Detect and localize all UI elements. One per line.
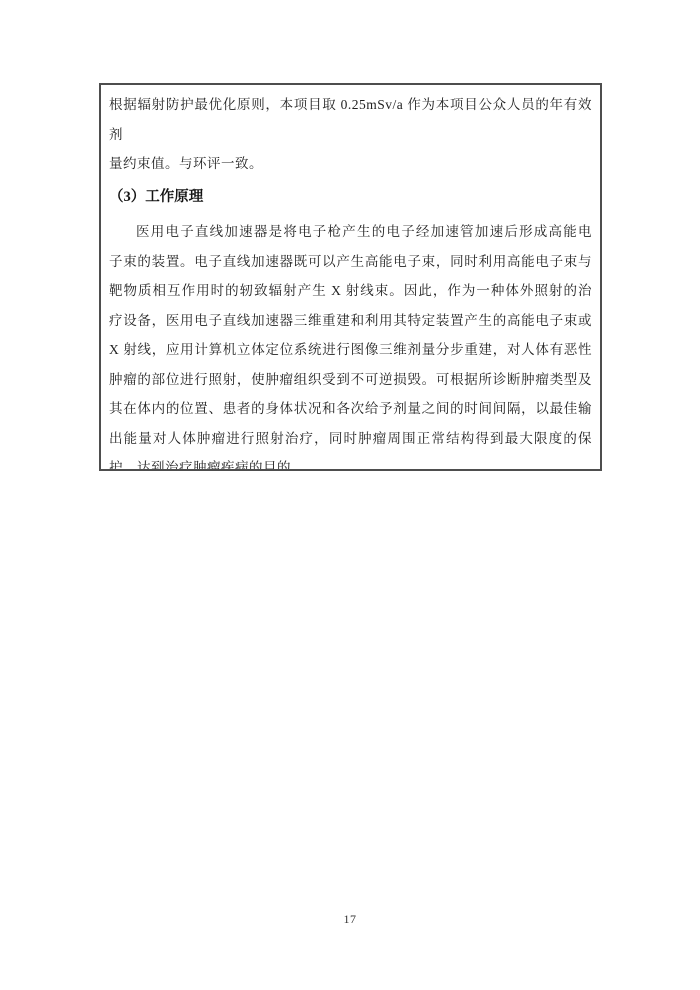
paragraph-working-principle: 医用电子直线加速器是将电子枪产生的电子经加速管加速后形成高能电子束的装置。电子直… <box>109 217 592 471</box>
text-line: X 射线，应用计算机立体定位系统进行图像三维剂量分步重建，对人体有恶性 <box>109 335 592 365</box>
text-line: 肿瘤的部位进行照射，使肿瘤组织受到不可逆损毁。可根据所诊断肿瘤类型及 <box>109 365 592 395</box>
text-line: 护，达到治疗肿瘤疾病的目的。 <box>109 453 592 471</box>
text-border-box: 根据辐射防护最优化原则，本项目取 0.25mSv/a 作为本项目公众人员的年有效… <box>99 83 602 471</box>
text-line: 靶物质相互作用时的轫致辐射产生 X 射线束。因此，作为一种体外照射的治 <box>109 276 592 306</box>
text-line: 医用电子直线加速器是将电子枪产生的电子经加速管加速后形成高能电 <box>109 217 592 247</box>
paragraph-dose-constraint: 根据辐射防护最优化原则，本项目取 0.25mSv/a 作为本项目公众人员的年有效… <box>109 90 592 179</box>
text-line: 其在体内的位置、患者的身体状况和各次给予剂量之间的时间间隔，以最佳输 <box>109 394 592 424</box>
text-line: 出能量对人体肿瘤进行照射治疗，同时肿瘤周围正常结构得到最大限度的保 <box>109 424 592 454</box>
page-number: 17 <box>0 912 700 927</box>
document-page: 根据辐射防护最优化原则，本项目取 0.25mSv/a 作为本项目公众人员的年有效… <box>0 0 700 990</box>
text-line: 根据辐射防护最优化原则，本项目取 0.25mSv/a 作为本项目公众人员的年有效… <box>109 90 592 149</box>
text-line: 量约束值。与环评一致。 <box>109 149 592 179</box>
text-line: 疗设备，医用电子直线加速器三维重建和利用其特定装置产生的高能电子束或 <box>109 306 592 336</box>
text-line: 子束的装置。电子直线加速器既可以产生高能电子束，同时利用高能电子束与 <box>109 247 592 277</box>
section-heading-working-principle: （3）工作原理 <box>109 183 592 213</box>
